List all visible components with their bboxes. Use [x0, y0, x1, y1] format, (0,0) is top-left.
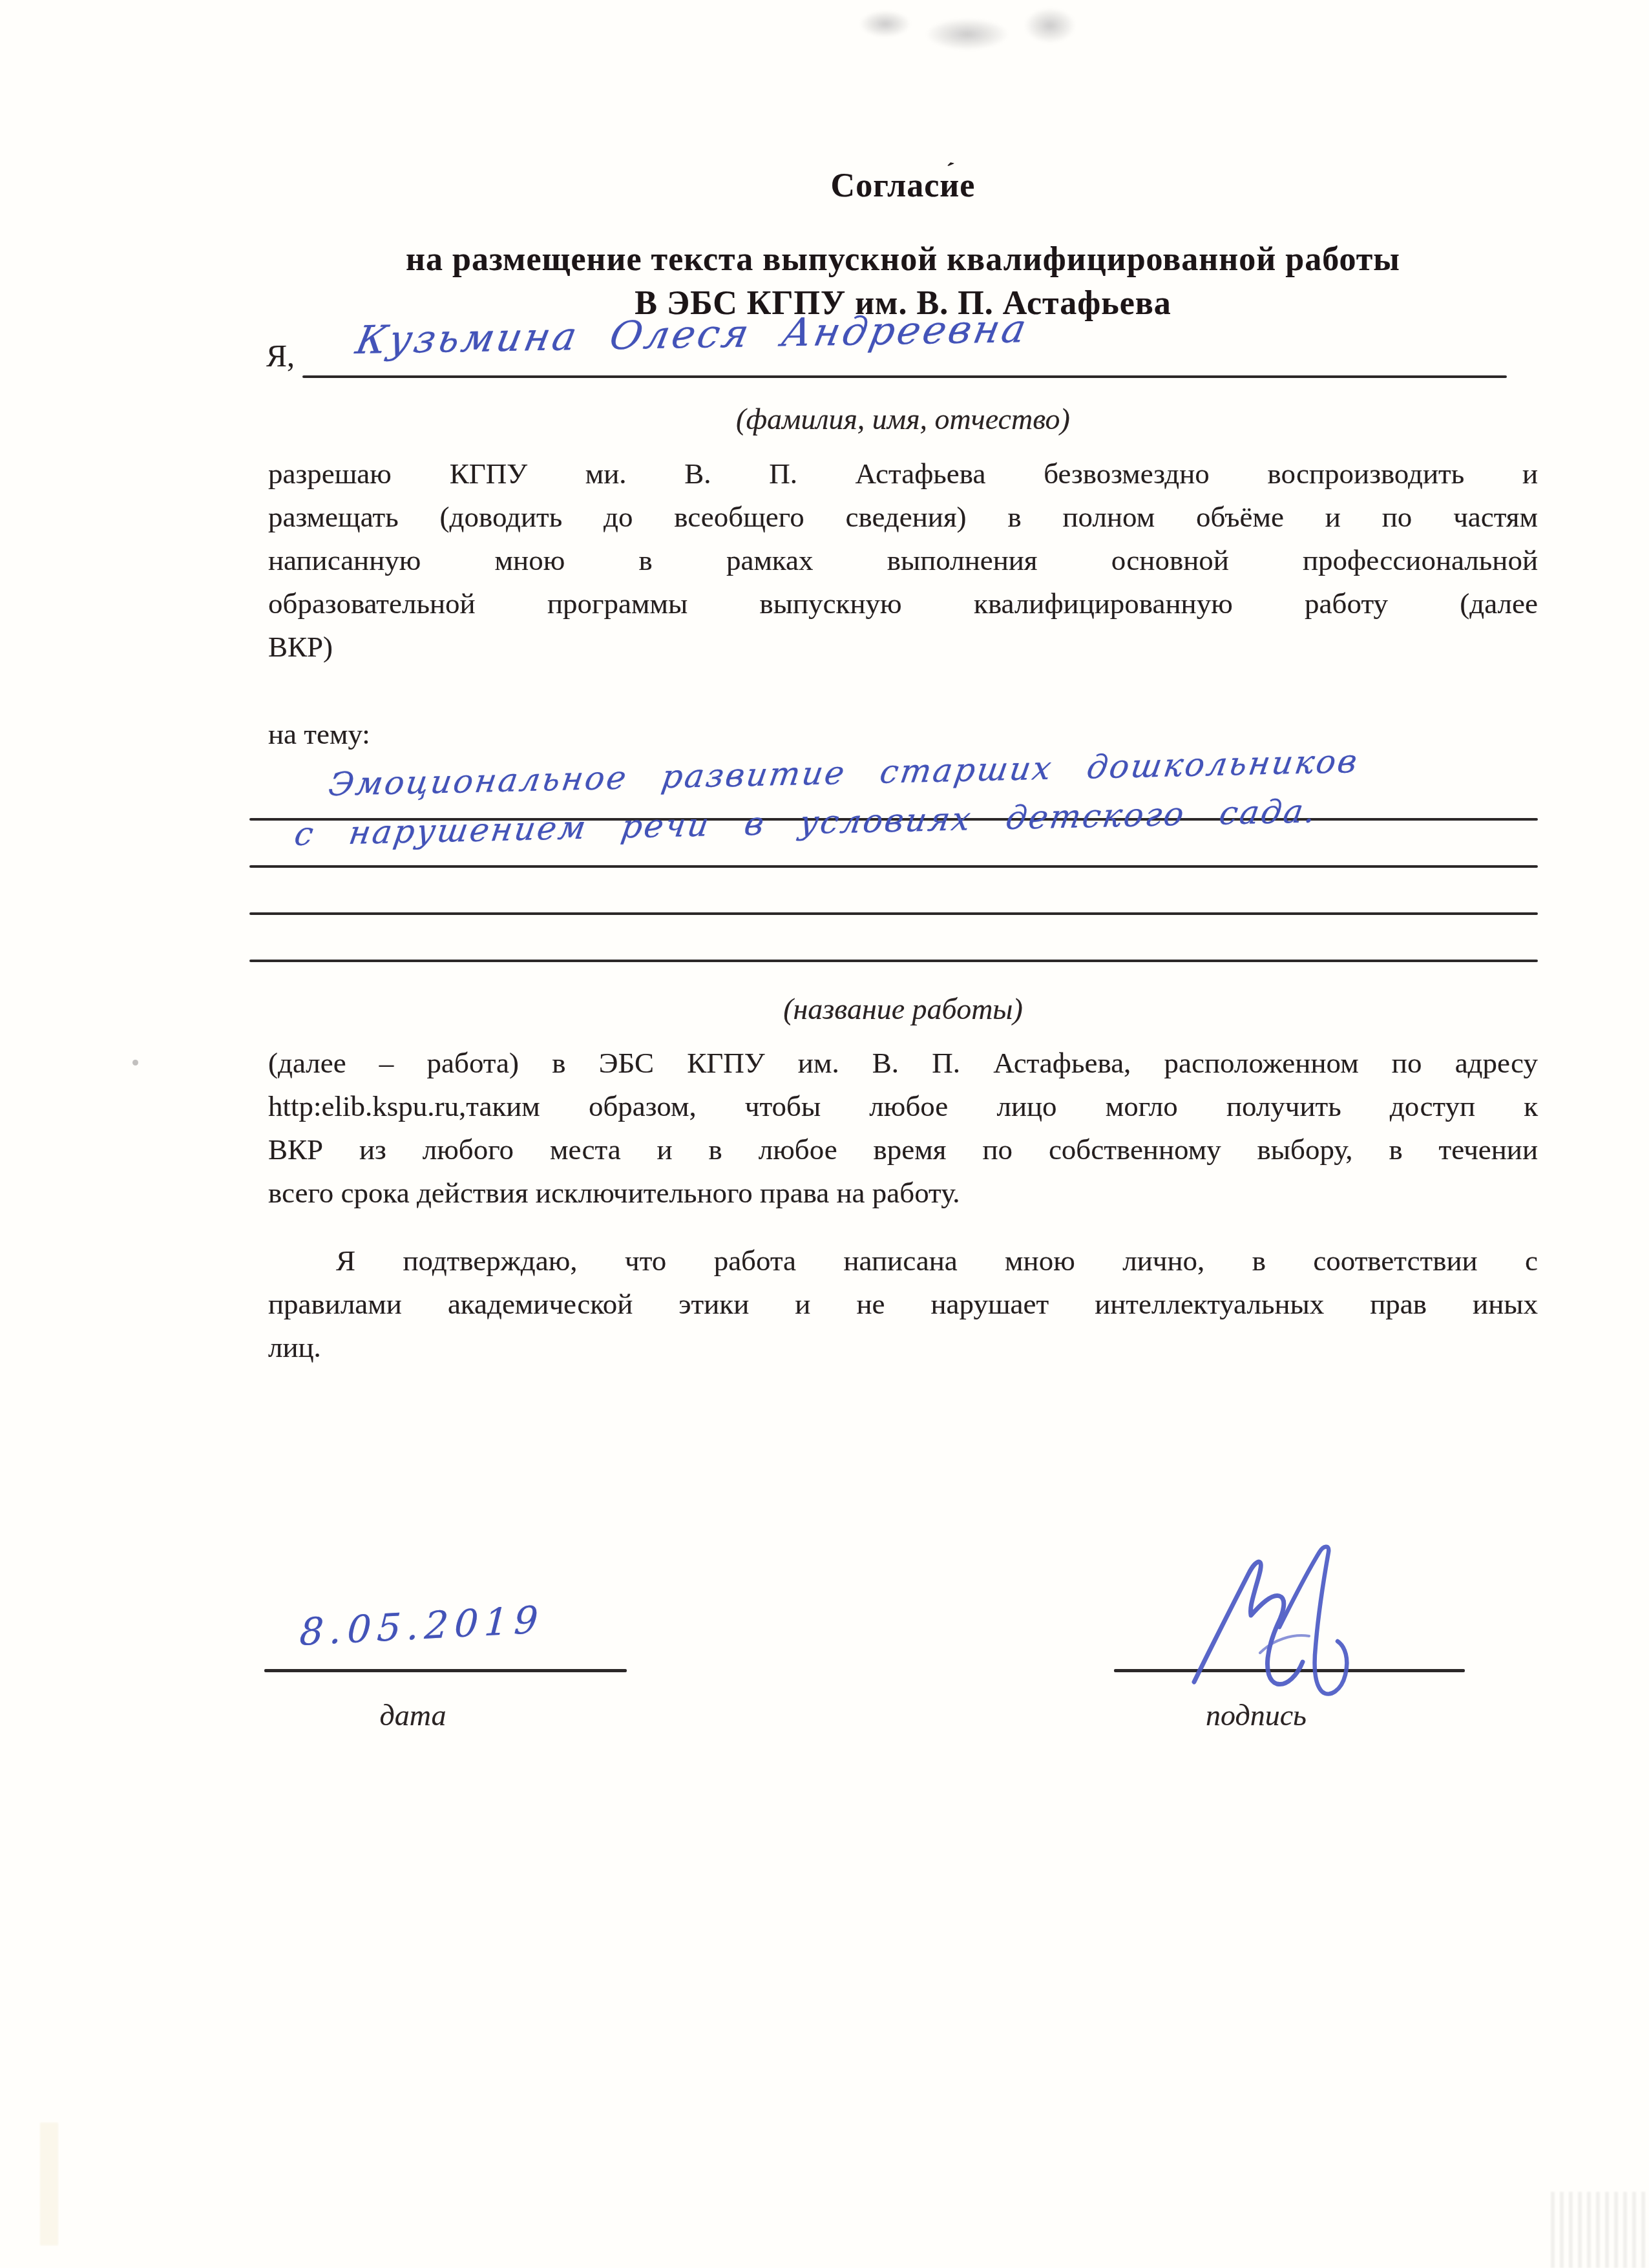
scan-corner-streaks — [1551, 2192, 1649, 2268]
document-title: Согласие — [268, 167, 1538, 205]
paragraph-line: образовательной программы выпускную квал… — [268, 582, 1538, 625]
confirmation-paragraph: Я подтверждаю, что работа написана мною … — [268, 1239, 1538, 1369]
paragraph-line: лиц. — [268, 1326, 1538, 1369]
permission-paragraph: разрешаю КГПУ ми. В. П. Астафьева безвоз… — [268, 452, 1538, 669]
topic-line-3-rule — [249, 912, 1538, 915]
scan-speckle — [859, 10, 911, 37]
scan-speckle — [925, 18, 1009, 50]
document-subtitle-line1: на размещение текста выпускной квалифици… — [268, 240, 1538, 278]
name-caption: (фамилия, имя, отчество) — [268, 402, 1538, 436]
paragraph-line: Я подтверждаю, что работа написана мною … — [268, 1239, 1538, 1283]
scan-left-strip — [40, 2123, 58, 2245]
paragraph-line: ВКР из любого места и в любое время по с… — [268, 1128, 1538, 1171]
paragraph-line: всего срока действия исключительного пра… — [268, 1171, 1538, 1215]
pronoun-label: Я, — [266, 335, 295, 378]
handwritten-topic-line2: с нарушением речи в условиях детского са… — [292, 792, 1320, 853]
paragraph-line: разрешаю КГПУ ми. В. П. Астафьева безвоз… — [268, 452, 1538, 496]
paragraph-line: ВКР) — [268, 625, 1538, 669]
topic-caption: (название работы) — [268, 992, 1538, 1026]
topic-line-4-rule — [249, 960, 1538, 962]
paragraph-line: (далее – работа) в ЭБС КГПУ им. В. П. Ас… — [268, 1042, 1538, 1085]
topic-line-2-rule — [249, 865, 1538, 868]
handwritten-date: 8.05.2019 — [299, 1597, 545, 1654]
signature-label: подпись — [1114, 1698, 1398, 1732]
paragraph-line: правилами академической этики и не наруш… — [268, 1283, 1538, 1326]
paragraph-line: написанную мною в рамках выполнения осно… — [268, 539, 1538, 582]
name-underline — [302, 375, 1507, 378]
scan-dot — [132, 1060, 138, 1066]
handwritten-topic-line1: Эмоциональное развитие старших дошкольни… — [326, 742, 1361, 803]
ebs-paragraph: (далее – работа) в ЭБС КГПУ им. В. П. Ас… — [268, 1042, 1538, 1215]
scanned-consent-document: { "doc": { "title": "Согласие", "title_a… — [0, 0, 1649, 2268]
scan-speckle — [1024, 8, 1076, 43]
paragraph-line: http:elib.kspu.ru,таким образом, чтобы л… — [268, 1085, 1538, 1128]
handwritten-signature — [1182, 1543, 1376, 1701]
topic-label: на тему: — [268, 713, 370, 756]
date-label: дата — [264, 1698, 562, 1732]
date-underline — [264, 1669, 627, 1672]
paragraph-line: размещать (доводить до всеобщего сведени… — [268, 496, 1538, 539]
